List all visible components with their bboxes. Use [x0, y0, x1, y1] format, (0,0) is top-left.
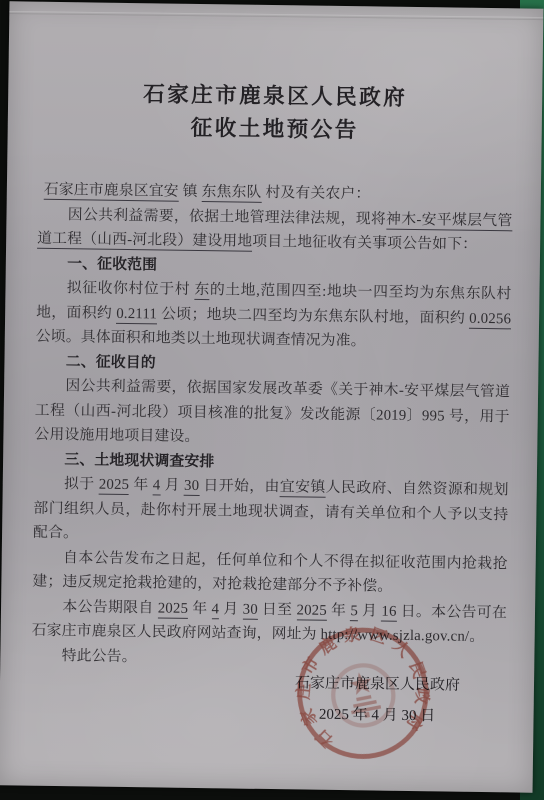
text-segment: 公顷；地块二四至均为东焦东队村地，面积约 — [157, 306, 469, 326]
document-page: 石家庄市鹿泉区人民政府 征收土地预公告 石家庄市鹿泉区宜安 镇 东焦东队 村及有… — [0, 1, 543, 792]
paragraph: 拟于 2025 年 4 月 30 日开始，由宜安镇人民政府、自然资源和规划部门组… — [33, 472, 509, 552]
text-segment: 年 — [129, 477, 153, 493]
paragraph: 因公共利益需要，依据土地管理法律法规，现将神木-安平煤层气管道工程（山西-河北段… — [37, 202, 513, 258]
underlined-fill-in: 30 — [243, 601, 258, 619]
underlined-fill-in: 2025 — [158, 600, 189, 618]
paragraph: 拟征收你村位于村 东的土地,范围四至:地块一四至均为东焦东队村地，面积约 0.2… — [36, 276, 512, 356]
text-segment: 特此公告。 — [62, 648, 137, 665]
underlined-fill-in: 东 — [194, 282, 210, 300]
text-segment: 项目土地征收有关事项公告如下： — [252, 234, 477, 253]
text-segment: 三、土地现状调查安排 — [64, 452, 214, 470]
underlined-fill-in: 石家庄市鹿泉区宜安 — [44, 182, 179, 202]
text-segment: 拟于 — [64, 476, 99, 492]
text-segment: 一、征收范围 — [67, 256, 157, 273]
document-title-line2: 征收土地预公告 — [8, 108, 542, 146]
text-segment: 月 — [358, 603, 382, 619]
underlined-fill-in: 宜安镇 — [280, 479, 326, 498]
underlined-fill-in: 30 — [184, 478, 199, 496]
text-segment: 日开始，由 — [199, 478, 280, 495]
underlined-fill-in: 0.2111 — [116, 305, 157, 324]
text-segment: 村及有关农户： — [261, 185, 370, 203]
document-body: 石家庄市鹿泉区宜安 镇 东焦东队 村及有关农户：因公共利益需要，依据土地管理法律… — [31, 178, 513, 675]
text-segment: 自本公告发布之日起，任何单位和个人不得在拟征收范围内抢栽抢建；违反规定抢栽抢建的… — [32, 550, 508, 595]
underlined-fill-in: 2025 — [99, 477, 130, 495]
photo-backdrop: 石家庄市鹿泉区人民政府 征收土地预公告 石家庄市鹿泉区宜安 镇 东焦东队 村及有… — [0, 0, 544, 800]
paragraph: 因公共利益需要，依据国家发展改革委《关于神木-安平煤层气管道工程（山西-河北段）… — [34, 374, 510, 454]
document-title-line1: 石家庄市鹿泉区人民政府 — [8, 75, 542, 113]
text-segment: 年 — [327, 602, 351, 618]
text-segment: 因公共利益需要，依据土地管理法律法规，现将 — [68, 207, 386, 227]
paragraph: 自本公告发布之日起，任何单位和个人不得在拟征收范围内抢栽抢建；违反规定抢栽抢建的… — [32, 545, 508, 601]
text-segment: 日至 — [258, 601, 297, 618]
text-segment: 月 — [160, 477, 184, 493]
paragraph: 本公告期限自 2025 年 4 月 30 日至 2025 年 5 月 16 日。… — [32, 594, 508, 650]
fold-crease — [9, 11, 543, 20]
text-segment: 本公告期限自 — [62, 599, 158, 616]
text-segment: 拟征收你村位于村 — [67, 280, 195, 298]
underlined-fill-in: 0.0256 — [469, 310, 511, 329]
underlined-fill-in: 东焦东队 — [201, 184, 261, 203]
signature-block: 石家庄市鹿泉区人民政府 2025 年 4 月 30 日 — [294, 668, 460, 732]
text-segment: 年 — [188, 600, 212, 616]
signature-issuer: 石家庄市鹿泉区人民政府 — [295, 668, 460, 701]
text-segment: 二、征收目的 — [66, 354, 156, 371]
underlined-fill-in: 2025 — [296, 602, 327, 620]
text-segment: 因公共利益需要，依据国家发展改革委《关于神木-安平煤层气管道工程（山西-河北段）… — [34, 378, 510, 445]
text-segment: 镇 — [179, 184, 202, 200]
signature-date: 2025 年 4 月 30 日 — [294, 699, 459, 732]
text-segment: 公顷。具体面积和地类以土地现状调查情况为准。 — [36, 329, 366, 350]
text-segment: 月 — [219, 601, 243, 617]
underlined-fill-in: 16 — [381, 603, 396, 621]
